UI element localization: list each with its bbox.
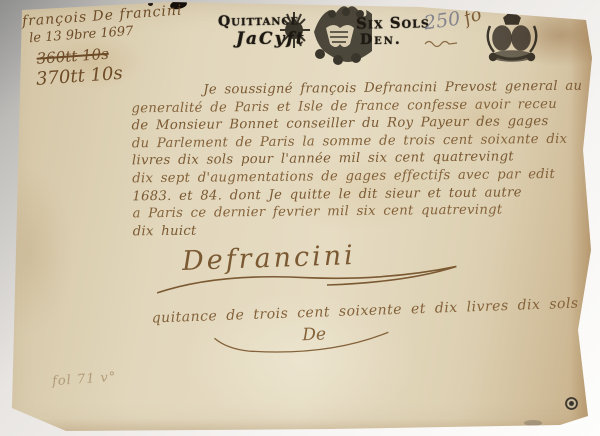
stamp-sixsols-label: Six Sols <box>356 13 430 32</box>
memo-swash-icon <box>212 328 393 358</box>
floral-crest-ornament-icon <box>280 2 372 68</box>
photo-background: françois De francini le 13 9bre 1697 360… <box>0 0 600 436</box>
body-text: Je soussigné françois Defrancini Prevost… <box>131 78 583 241</box>
header-annotations: françois De francini le 13 9bre 1697 360… <box>22 2 188 90</box>
squiggle-mark-icon <box>424 40 458 48</box>
stamp-den-label: Den. <box>360 32 402 48</box>
royal-coat-of-arms-stamp-icon <box>484 10 540 66</box>
memo-block: quitance de trois cent soixente et dix l… <box>151 296 579 351</box>
edge-smudge-icon <box>524 420 542 426</box>
round-collection-stamp-icon <box>565 397 578 410</box>
signature-block: Defrancini <box>182 240 357 277</box>
folio-note: fol 71 v° <box>52 370 117 389</box>
manuscript-paper: françois De francini le 13 9bre 1697 360… <box>0 0 600 436</box>
